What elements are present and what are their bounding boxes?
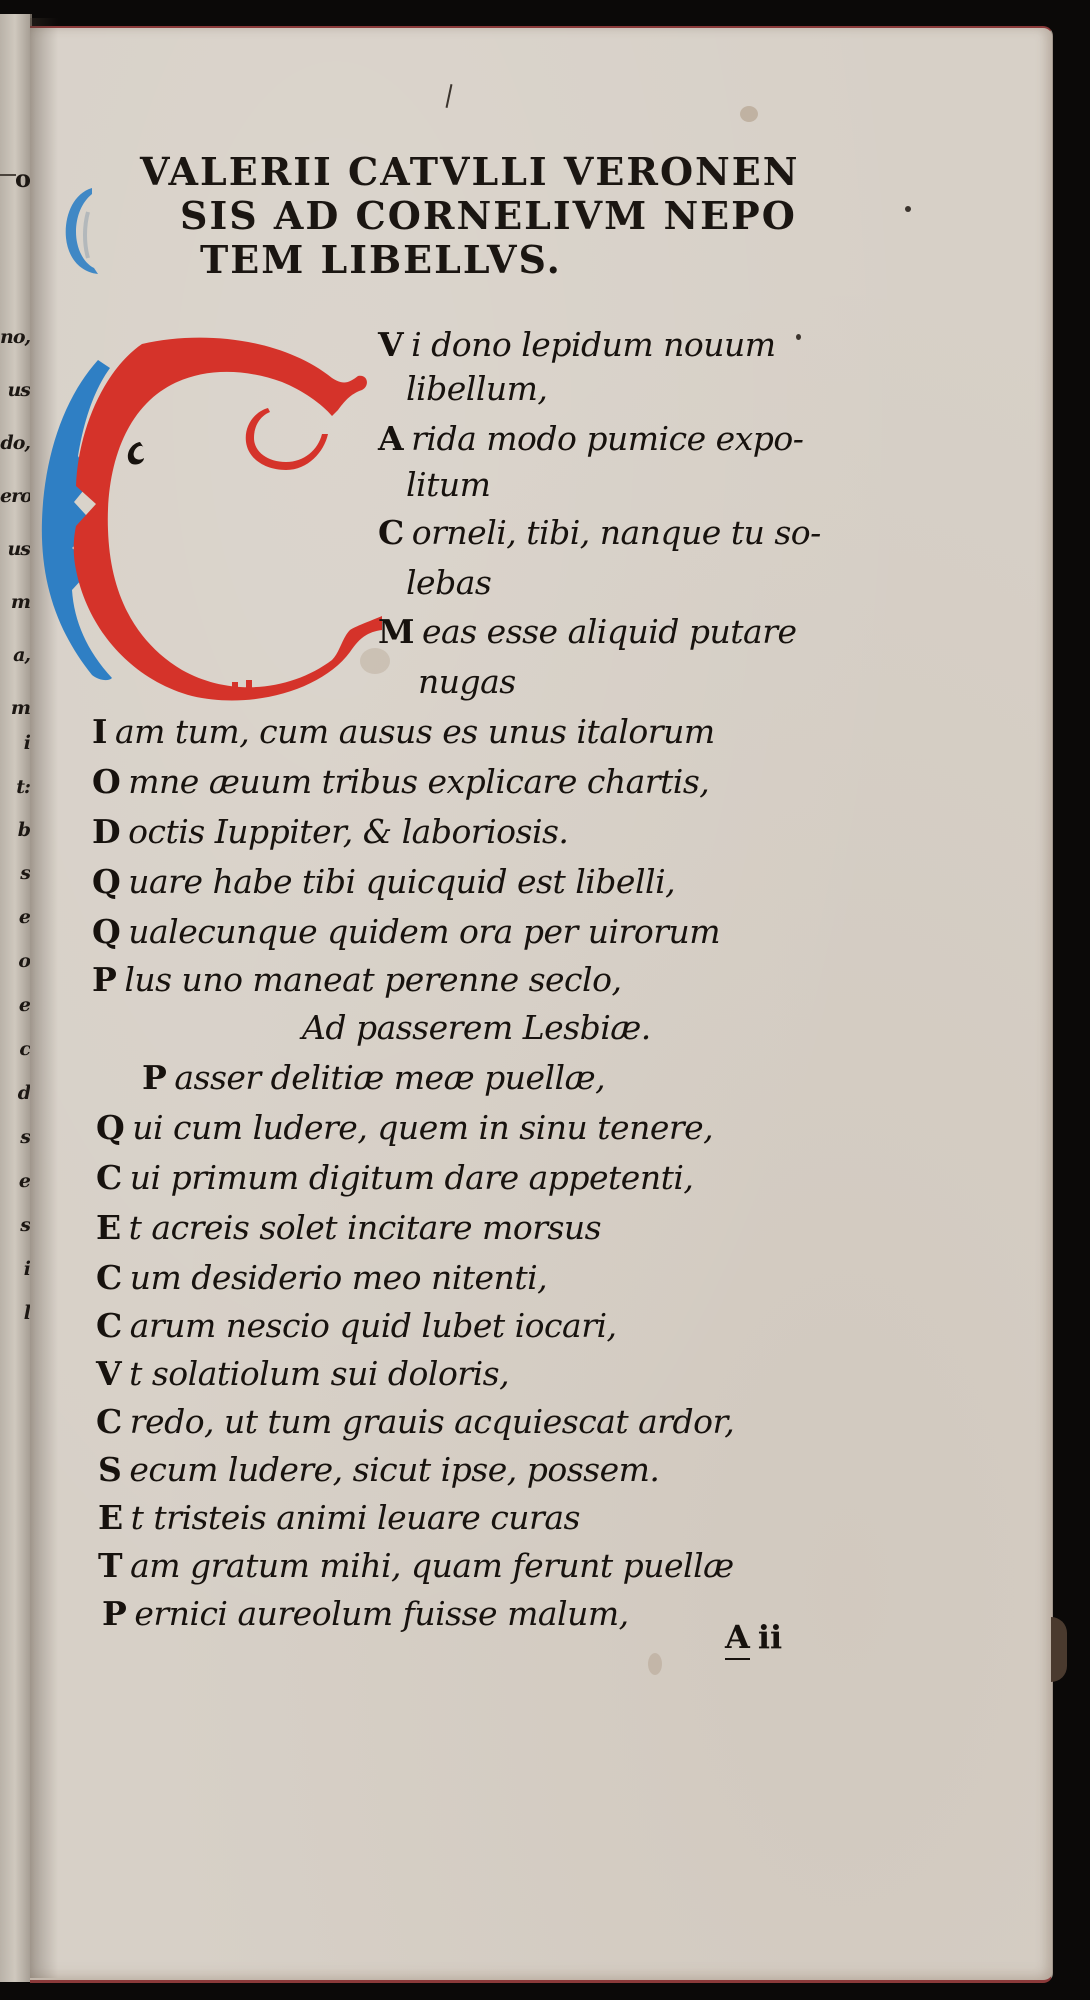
facing-line-fragment: b	[0, 819, 30, 841]
verse-capital: M	[378, 612, 414, 651]
verse-line: Carum nescio quid lubet iocari,	[96, 1306, 617, 1345]
verse-line: Et tristeis animi leuare curas	[98, 1498, 580, 1537]
book-heading: VALERII CATVLLI VERONEN SIS AD CORNELIVM…	[140, 150, 860, 282]
facing-line-fragment: do,	[0, 432, 30, 454]
verse-capital: O	[92, 762, 120, 801]
verse-capital: Q	[92, 912, 120, 951]
facing-line-fragment: e	[0, 906, 30, 928]
illuminated-initial-c-icon	[32, 330, 382, 710]
verse-text: ecum ludere, sicut ipse, possem.	[129, 1450, 659, 1489]
signature-mark: Aii	[725, 1618, 782, 1660]
facing-line-fragment: m	[0, 591, 30, 613]
verse-capital: C	[96, 1306, 122, 1345]
heading-line: TEM LIBELLVS.	[140, 238, 860, 282]
ink-mark	[905, 206, 911, 212]
facing-line-fragment: us	[0, 379, 30, 401]
heading-blue-initial-icon	[58, 182, 98, 278]
facing-line-fragment: d	[0, 1082, 30, 1104]
verse-text: am tum, cum ausus es unus italorum	[115, 712, 715, 751]
signature-letter: A	[725, 1618, 750, 1660]
verse-text: t tristeis animi leuare curas	[131, 1498, 580, 1537]
verse-text: ui cum ludere, quem in sinu tenere,	[132, 1108, 713, 1147]
facing-line-fragment: m	[0, 697, 30, 719]
verse-line: Omne æuum tribus explicare chartis,	[92, 762, 709, 801]
verse-text: eas esse aliquid putare	[422, 612, 797, 651]
verse-text: nugas	[418, 662, 516, 701]
verse-text: orneli, tibi, nanque tu so-	[412, 513, 821, 552]
facing-line-fragment: no,	[0, 326, 30, 348]
verse-text: libellum,	[406, 369, 547, 408]
verse-capital: P	[102, 1594, 126, 1633]
facing-line-fragment: i	[0, 1258, 30, 1280]
verse-text: ui primum digitum dare appetenti,	[130, 1158, 694, 1197]
verse-capital: V	[96, 1354, 121, 1393]
verse-line: Vi dono lepidum nouum	[378, 325, 776, 364]
facing-line-fragment: l	[0, 1302, 30, 1324]
verse-line: Tam gratum mihi, quam ferunt puellæ	[98, 1546, 734, 1585]
verse-text: t solatiolum sui doloris,	[129, 1354, 509, 1393]
page-tab-edge	[1051, 1617, 1067, 1682]
verse-line: nugas	[418, 662, 516, 701]
facing-line-fragment: a,	[0, 644, 30, 666]
verse-line: Qui cum ludere, quem in sinu tenere,	[96, 1108, 713, 1147]
verse-capital: P	[142, 1058, 166, 1097]
verse-text: mne æuum tribus explicare chartis,	[128, 762, 709, 801]
verse-text: lus uno maneat perenne seclo,	[124, 960, 621, 999]
ink-mark	[446, 84, 453, 108]
verse-text: arum nescio quid lubet iocari,	[130, 1306, 617, 1345]
verse-line: Meas esse aliquid putare	[378, 612, 797, 651]
verse-text: i dono lepidum nouum	[411, 325, 776, 364]
verse-line: litum	[406, 465, 490, 504]
verse-line: Secum ludere, sicut ipse, possem.	[98, 1450, 659, 1489]
facing-line-fragment: s	[0, 862, 30, 884]
facing-line-fragment: o	[0, 950, 30, 972]
verse-line: Et acreis solet incitare morsus	[96, 1208, 601, 1247]
verse-text: ualecunque quidem ora per uirorum	[128, 912, 720, 951]
verse-capital: Q	[96, 1108, 124, 1147]
recto-page	[30, 26, 1053, 1983]
facing-line-fragment: c	[0, 1038, 30, 1060]
verse-text: rida modo pumice expo-	[411, 419, 803, 458]
verse-text: redo, ut tum grauis acquiescat ardor,	[130, 1402, 734, 1441]
facing-line-fragment: t:	[0, 776, 30, 798]
verse-capital: V	[378, 325, 403, 364]
heading-line: SIS AD CORNELIVM NEPO	[140, 194, 860, 238]
foxing-spot	[740, 106, 758, 122]
verse-capital: A	[378, 419, 403, 458]
verse-capital: S	[98, 1450, 121, 1489]
verse-text: litum	[406, 465, 490, 504]
facing-line-fragment: e	[0, 1170, 30, 1192]
verse-line: Passer delitiæ meæ puellæ,	[142, 1058, 605, 1097]
verse-line: Cum desiderio meo nitenti,	[96, 1258, 547, 1297]
verse-line: lebas	[406, 563, 491, 602]
foxing-spot	[648, 1653, 662, 1675]
verse-line: Quare habe tibi quicquid est libelli,	[92, 862, 675, 901]
verse-line: Qualecunque quidem ora per uirorum	[92, 912, 720, 951]
ink-mark	[796, 334, 801, 340]
facing-folio-rule	[0, 174, 16, 176]
verse-text: asser delitiæ meæ puellæ,	[174, 1058, 605, 1097]
poem-title: Ad passerem Lesbiæ.	[302, 1008, 651, 1047]
verse-capital: T	[98, 1546, 122, 1585]
verse-line: Cui primum digitum dare appetenti,	[96, 1158, 693, 1197]
verse-line: Plus uno maneat perenne seclo,	[92, 960, 621, 999]
verse-capital: C	[96, 1158, 122, 1197]
book-photograph: o no, us do, ero us m a, m i t: b s e o …	[0, 0, 1090, 2000]
verse-line: Arida modo pumice expo-	[378, 419, 803, 458]
verse-capital: C	[378, 513, 404, 552]
verse-text: octis Iuppiter, & laboriosis.	[128, 812, 568, 851]
verse-capital: P	[92, 960, 116, 999]
verse-capital: I	[92, 712, 107, 751]
verse-capital: D	[92, 812, 120, 851]
verse-capital: E	[98, 1498, 123, 1537]
verse-text: ernici aureolum fuisse malum,	[134, 1594, 628, 1633]
facing-line-fragment: us	[0, 538, 30, 560]
verse-text: am gratum mihi, quam ferunt puellæ	[130, 1546, 734, 1585]
facing-folio-fragment: o	[0, 164, 30, 193]
verse-capital: E	[96, 1208, 121, 1247]
facing-line-fragment: i	[0, 732, 30, 754]
verse-line: Iam tum, cum ausus es unus italorum	[92, 712, 715, 751]
verse-capital: C	[96, 1258, 122, 1297]
verse-line: Vt solatiolum sui doloris,	[96, 1354, 509, 1393]
verse-capital: C	[96, 1402, 122, 1441]
heading-line: VALERII CATVLLI VERONEN	[140, 150, 860, 194]
facing-line-fragment: s	[0, 1214, 30, 1236]
facing-line-fragment: s	[0, 1126, 30, 1148]
verse-line: Doctis Iuppiter, & laboriosis.	[92, 812, 568, 851]
verse-text: uare habe tibi quicquid est libelli,	[128, 862, 675, 901]
verse-line: libellum,	[406, 369, 547, 408]
facing-line-fragment: ero	[0, 485, 30, 507]
verse-line: Corneli, tibi, nanque tu so-	[378, 513, 821, 552]
verse-line: Credo, ut tum grauis acquiescat ardor,	[96, 1402, 734, 1441]
facing-page-edge: o no, us do, ero us m a, m i t: b s e o …	[0, 14, 32, 1982]
verse-text: lebas	[406, 563, 491, 602]
verse-text: um desiderio meo nitenti,	[130, 1258, 547, 1297]
signature-number: ii	[758, 1618, 782, 1656]
verse-line: Pernici aureolum fuisse malum,	[102, 1594, 629, 1633]
verse-text: t acreis solet incitare morsus	[129, 1208, 601, 1247]
facing-line-fragment: e	[0, 994, 30, 1016]
verse-capital: Q	[92, 862, 120, 901]
